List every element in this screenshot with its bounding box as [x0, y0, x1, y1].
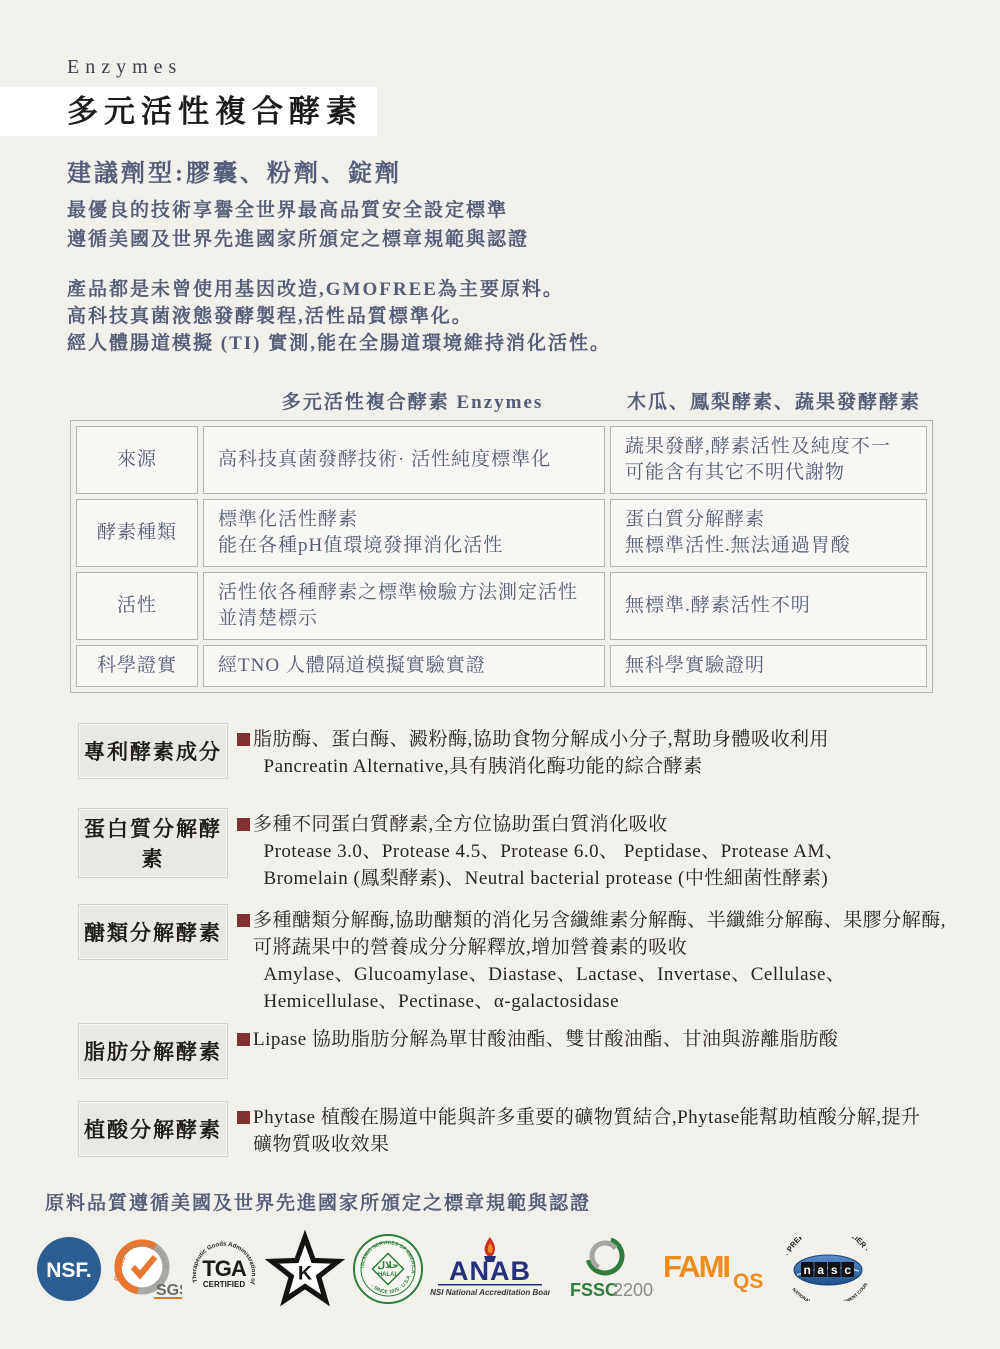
enzyme-sections: 專利酵素成分 脂肪酶、蛋白酶、澱粉酶,協助食物分解成小分子,幫助身體吸收利用 P… [78, 723, 1000, 1158]
section-label: 醣類分解酵素 [78, 904, 228, 960]
section-rest-text: Protease 3.0、Protease 4.5、Protease 6.0、 … [237, 838, 844, 892]
tga-brand-text: TGA [202, 1256, 247, 1281]
qs-text: QS [733, 1270, 763, 1292]
star-k-kosher-logo: K [265, 1229, 345, 1309]
section-lead-text: 脂肪酶、蛋白酶、澱粉酶,協助食物分解成小分子,幫助身體吸收利用 [253, 729, 829, 750]
intro-lines: 最優良的技術享譽全世界最高品質安全設定標準 遵循美國及世界先進國家所頒定之標章規… [67, 196, 1000, 254]
nasc-letter-n: n [804, 1263, 811, 1277]
table-row: 來源 高科技真菌發酵技術· 活性純度標準化 蔬果發酵,酵素活性及純度不一 可能含… [76, 426, 927, 494]
dosage-line: 建議劑型:膠囊、粉劑、錠劑 [67, 160, 1000, 188]
comparison-table: 來源 高科技真菌發酵技術· 活性純度標準化 蔬果發酵,酵素活性及純度不一 可能含… [70, 420, 933, 693]
nasc-letter-c: c [844, 1263, 851, 1277]
section-body: 脂肪酶、蛋白酶、澱粉酶,協助食物分解成小分子,幫助身體吸收利用 Pancreat… [237, 723, 829, 780]
section-body: 多種不同蛋白質酵素,全方位協助蛋白質消化吸收 Protease 3.0、Prot… [237, 808, 844, 892]
square-bullet-icon [237, 1111, 250, 1124]
section-lipase: 脂肪分解酵素 Lipase 協助脂肪分解為單甘酸油酯、雙甘酸油酯、甘油與游離脂肪… [78, 1023, 1000, 1079]
fssc-number-text: 22000 [613, 1280, 654, 1300]
table-cell-ours: 標準化活性酵素 能在各種pH值環境發揮消化活性 [203, 499, 605, 567]
footer-heading: 原料品質遵循美國及世界先進國家所頒定之標章規範與認證 [45, 1188, 1000, 1215]
enzyme-product-sheet: Enzymes 多元活性複合酵素 建議劑型:膠囊、粉劑、錠劑 最優良的技術享譽全… [0, 0, 1000, 1349]
section-patented-enzymes: 專利酵素成分 脂肪酶、蛋白酶、澱粉酶,協助食物分解成小分子,幫助身體吸收利用 P… [78, 723, 1000, 780]
anab-logo: ANAB ANSI National Accreditation Board [430, 1235, 550, 1303]
halal-arabic-text: حلال [377, 1260, 398, 1270]
nasc-letter-a: a [817, 1263, 824, 1277]
row-label: 酵素種類 [76, 499, 198, 567]
kosher-k-text: K [298, 1262, 312, 1284]
section-rest-text: 可將蔬果中的營養成分分解釋放,增加營養素的吸收 Amylase、Glucoamy… [237, 934, 946, 1015]
eyebrow-title: Enzymes [67, 0, 1000, 79]
title-band: 多元活性複合酵素 [0, 87, 377, 136]
section-rest-text: Pancreatin Alternative,具有胰消化酶功能的綜合酵素 [237, 753, 829, 780]
section-protease: 蛋白質分解酵素 多種不同蛋白質酵素,全方位協助蛋白質消化吸收 Protease … [78, 808, 1000, 892]
table-cell-ours: 高科技真菌發酵技術· 活性純度標準化 [203, 426, 605, 494]
section-lead-text: 多種醣類分解酶,協助醣類的消化另含纖維素分解酶、半纖維分解酶、果膠分解酶, [253, 910, 946, 931]
section-label: 專利酵素成分 [78, 723, 228, 779]
section-body: 多種醣類分解酶,協助醣類的消化另含纖維素分解酶、半纖維分解酶、果膠分解酶, 可將… [237, 904, 946, 1015]
table-row: 科學證實 經TNO 人體隔道模擬實驗實證 無科學實驗證明 [76, 645, 927, 687]
section-lead: 脂肪酶、蛋白酶、澱粉酶,協助食物分解成小分子,幫助身體吸收利用 [237, 726, 829, 753]
anab-brand-text: ANAB [449, 1256, 531, 1286]
section-label: 植酸分解酵素 [78, 1101, 228, 1157]
square-bullet-icon [237, 1033, 250, 1046]
table-cell-ours: 經TNO 人體隔道模擬實驗實證 [203, 645, 605, 687]
section-body: Phytase 植酸在腸道中能與許多重要的礦物質結合,Phytase能幫助植酸分… [237, 1101, 920, 1158]
section-lead-text: Phytase 植酸在腸道中能與許多重要的礦物質結合,Phytase能幫助植酸分… [253, 1107, 920, 1128]
nasc-letter-s: s [831, 1263, 838, 1277]
section-rest-text: 礦物質吸收效果 [237, 1131, 920, 1158]
section-label: 脂肪分解酵素 [78, 1023, 228, 1079]
section-phytase: 植酸分解酵素 Phytase 植酸在腸道中能與許多重要的礦物質結合,Phytas… [78, 1101, 1000, 1158]
row-label: 活性 [76, 572, 198, 640]
fssc-brand-text: FSSC [570, 1280, 618, 1300]
section-body: Lipase 協助脂肪分解為單甘酸油酯、雙甘酸油酯、甘油與游離脂肪酸 [237, 1023, 838, 1053]
fami-text: FAMI [663, 1249, 729, 1284]
nsf-text: NSF. [46, 1259, 92, 1282]
section-lead-text: Lipase 協助脂肪分解為單甘酸油酯、雙甘酸油酯、甘油與游離脂肪酸 [253, 1029, 838, 1050]
square-bullet-icon [237, 914, 250, 927]
section-carbohydrase: 醣類分解酵素 多種醣類分解酶,協助醣類的消化另含纖維素分解酶、半纖維分解酶、果膠… [78, 904, 1000, 1015]
section-lead: Phytase 植酸在腸道中能與許多重要的礦物質結合,Phytase能幫助植酸分… [237, 1104, 920, 1131]
page-title: 多元活性複合酵素 [67, 95, 377, 128]
table-cell-theirs: 蛋白質分解酵素 無標準活性.無法通過胃酸 [610, 499, 927, 567]
table-cell-theirs: 蔬果發酵,酵素活性及純度不一 可能含有其它不明代謝物 [610, 426, 927, 494]
table-row: 酵素種類 標準化活性酵素 能在各種pH值環境發揮消化活性 蛋白質分解酵素 無標準… [76, 499, 927, 567]
section-lead: Lipase 協助脂肪分解為單甘酸油酯、雙甘酸油酯、甘油與游離脂肪酸 [237, 1026, 838, 1053]
tga-certified-logo: Therapeutic Goods Administration of Aust… [189, 1234, 259, 1304]
table-row: 活性 活性依各種酵素之標準檢驗方法測定活性 並清楚標示 無標準.酵素活性不明 [76, 572, 927, 640]
row-label: 科學證實 [76, 645, 198, 687]
table-cell-theirs: 無科學實驗證明 [610, 645, 927, 687]
certification-logos: NSF. SYSTEM CERTIFICATION ISO 9001 SGS T… [36, 1229, 881, 1309]
anab-sub-text: ANSI National Accreditation Board [430, 1288, 550, 1297]
square-bullet-icon [237, 733, 250, 746]
nasc-logo: · PREFERRED SUPPLIER · n a s c NATIONAL … [775, 1237, 881, 1301]
description-paragraph: 產品都是未曾使用基因改造,GMOFREE為主要原料。 高科技真菌液態發酵製程,活… [67, 276, 1000, 357]
column-header-theirs: 木瓜、鳳梨酵素、蔬果發酵酵素 [615, 387, 933, 414]
svg-text:· PREFERRED SUPPLIER ·: · PREFERRED SUPPLIER · [783, 1237, 872, 1257]
halal-isa-logo: ISLAMIC SERVICES OF AMERICA · SINCE 1975… [352, 1233, 424, 1305]
sgs-brand-text: SGS [156, 1282, 182, 1299]
table-column-headers: 多元活性複合酵素 Enzymes 木瓜、鳳梨酵素、蔬果發酵酵素 [70, 387, 1000, 414]
tga-certified-text: CERTIFIED [203, 1280, 245, 1289]
table-cell-ours: 活性依各種酵素之標準檢驗方法測定活性 並清楚標示 [203, 572, 605, 640]
column-header-ours: 多元活性複合酵素 Enzymes [210, 387, 615, 414]
section-lead-text: 多種不同蛋白質酵素,全方位協助蛋白質消化吸收 [253, 814, 668, 835]
nasc-arc-top-text: · PREFERRED SUPPLIER · [783, 1237, 872, 1257]
nsf-logo: NSF. [36, 1236, 102, 1302]
section-lead: 多種醣類分解酶,協助醣類的消化另含纖維素分解酶、半纖維分解酶、果膠分解酶, [237, 907, 946, 934]
sgs-iso9001-logo: SYSTEM CERTIFICATION ISO 9001 SGS [108, 1235, 182, 1303]
halal-text: HALAL [377, 1272, 398, 1278]
table-cell-theirs: 無標準.酵素活性不明 [610, 572, 927, 640]
section-lead: 多種不同蛋白質酵素,全方位協助蛋白質消化吸收 [237, 811, 844, 838]
row-label: 來源 [76, 426, 198, 494]
fssc-22000-logo: FSSC 22000 [556, 1235, 654, 1303]
fami-qs-logo: FAMI QS [661, 1246, 769, 1292]
square-bullet-icon [237, 818, 250, 831]
section-label: 蛋白質分解酵素 [78, 808, 228, 878]
